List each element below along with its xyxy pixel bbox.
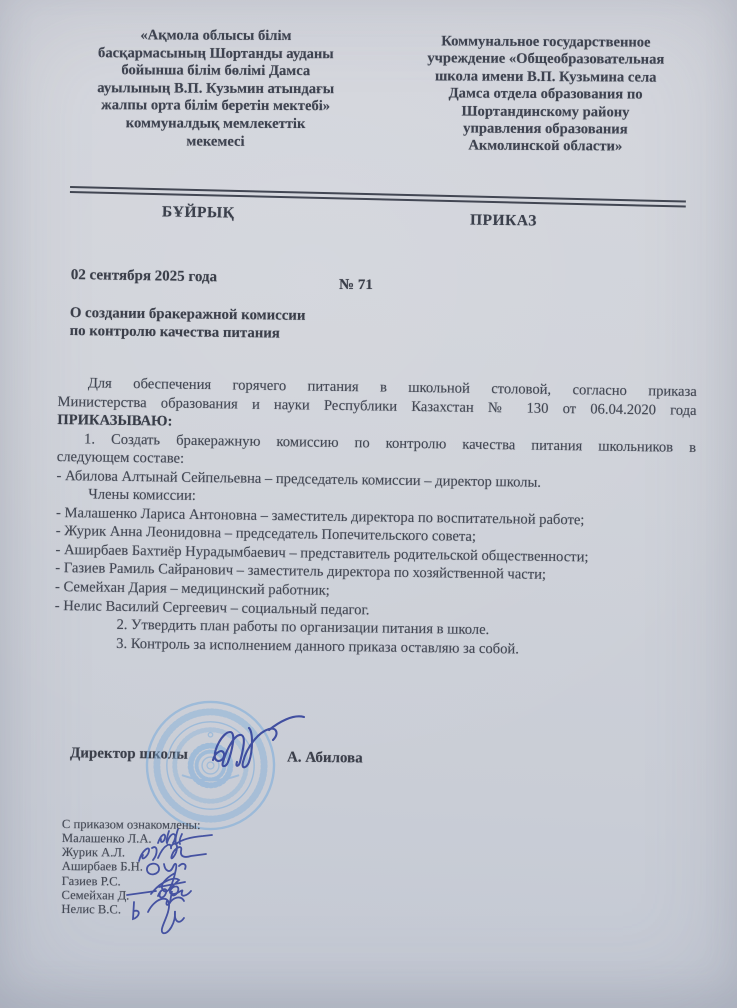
signature-gaziev: [151, 879, 191, 896]
scanned-order-document: «Ақмола облысы білім басқармасының Шорта…: [0, 0, 737, 1008]
stamp-inner-text-ring: [175, 730, 246, 801]
official-round-stamp-icon: [143, 698, 278, 833]
stamp-emblem: [183, 733, 239, 786]
stamp-inner-ring: [167, 722, 254, 809]
ack-signatures: [125, 818, 335, 948]
doc-type-russian: ПРИКАЗ: [470, 212, 537, 231]
order-date: 02 сентября 2025 года: [71, 267, 217, 286]
ack-name: Нелис В.С.: [61, 902, 151, 917]
ack-name: Газиев Р.С.: [62, 874, 152, 889]
ack-name: Семейхан Д.: [62, 888, 152, 903]
signature-ashirbaev: [147, 864, 186, 892]
order-body: Для обеспечения горячего питания в школь…: [54, 374, 697, 661]
org-name-kazakh: «Ақмола облысы білім басқармасының Шорта…: [57, 27, 374, 152]
subject-line-2: по контролю качества питания: [70, 323, 306, 343]
stamp-outer-ring: [147, 702, 274, 829]
ack-name-list: Малашенко Л.А. Журик А.Л. Аширбаев Б.Н. …: [61, 831, 151, 917]
ack-name: Аширбаев Б.Н.: [62, 859, 152, 874]
ack-name: Журик А.Л.: [62, 845, 152, 860]
director-name: А. Абилова: [287, 750, 363, 768]
order-number: № 71: [339, 277, 373, 294]
order-subject: О создании бракеражной комиссии по контр…: [70, 305, 306, 343]
subject-line-1: О создании бракеражной комиссии: [70, 305, 306, 325]
org-name-russian: Коммунальное государственное учреждение …: [381, 33, 710, 157]
doc-type-kazakh: БҰЙРЫҚ: [162, 203, 235, 222]
ack-name: Малашенко Л.А.: [62, 831, 152, 846]
